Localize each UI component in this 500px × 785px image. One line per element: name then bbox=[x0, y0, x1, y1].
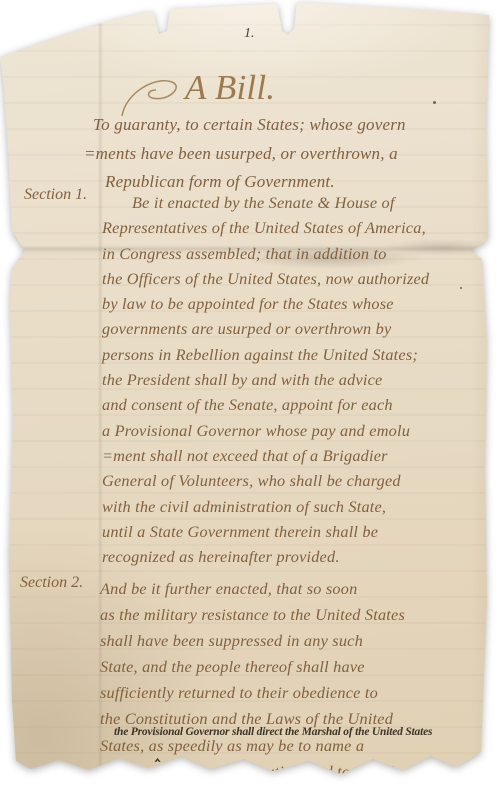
manuscript-line: =ment shall not exceed that of a Brigadi… bbox=[102, 443, 429, 468]
manuscript-line: by law to be appointed for the States wh… bbox=[102, 291, 429, 316]
section-2-lines-after: States, as speedily as may be to name as… bbox=[100, 733, 432, 782]
section-1-label: Section 1. bbox=[24, 186, 87, 204]
manuscript-line: and consent of the Senate, appoint for e… bbox=[102, 392, 429, 417]
manuscript-line: until a State Government therein shall b… bbox=[102, 519, 429, 544]
page-number: 1. bbox=[244, 26, 255, 42]
manuscript-line: Be it enacted by the Senate & House of bbox=[102, 190, 429, 215]
preamble-line: =ments have been usurped, or overthrown,… bbox=[84, 140, 406, 169]
manuscript-line: General of Volunteers, who shall be char… bbox=[102, 468, 429, 493]
section-1-body: Be it enacted by the Senate & House ofRe… bbox=[102, 190, 429, 569]
section-2-body: And be it further enacted, that so soona… bbox=[100, 576, 432, 782]
insertion-caret: ‸ bbox=[155, 744, 160, 763]
manuscript-line: Representatives of the United States of … bbox=[102, 215, 429, 240]
manuscript-line: And be it further enacted, that so soon bbox=[100, 576, 432, 602]
interline-insertion: the Provisional Governor shall direct th… bbox=[114, 726, 432, 739]
ink-speck bbox=[460, 287, 462, 289]
manuscript-line: sufficient number of Deputies; and to en… bbox=[100, 759, 432, 782]
section-2-lines-before: And be it further enacted, that so soona… bbox=[100, 576, 432, 732]
manuscript-line: as the military resistance to the United… bbox=[100, 602, 432, 628]
bill-title: A Bill. bbox=[185, 68, 275, 108]
ink-speck bbox=[433, 101, 436, 104]
manuscript-line: a Provisional Governor whose pay and emo… bbox=[102, 418, 429, 443]
manuscript-line: persons in Rebellion against the United … bbox=[102, 342, 429, 367]
manuscript-line: the President shall by and with the advi… bbox=[102, 367, 429, 392]
manuscript-line: sufficiently returned to their obedience… bbox=[100, 680, 432, 706]
manuscript-page-wrapper: 1. A Bill. To guaranty, to certain State… bbox=[0, 0, 500, 782]
manuscript-line: State, and the people thereof shall have bbox=[100, 654, 432, 680]
manuscript-line: with the civil administration of such St… bbox=[102, 494, 429, 519]
manuscript-page: 1. A Bill. To guaranty, to certain State… bbox=[0, 0, 500, 782]
preamble: To guaranty, to certain States; whose go… bbox=[84, 111, 406, 197]
preamble-line: To guaranty, to certain States; whose go… bbox=[84, 111, 406, 140]
manuscript-line: the Officers of the United States, now a… bbox=[102, 266, 429, 291]
section-2-label: Section 2. bbox=[20, 574, 83, 592]
manuscript-line: recognized as hereinafter provided. bbox=[102, 544, 429, 569]
manuscript-line: governments are usurped or overthrown by bbox=[102, 316, 429, 341]
manuscript-line: in Congress assembled; that in addition … bbox=[102, 241, 429, 266]
manuscript-line: shall have been suppressed in any such bbox=[100, 628, 432, 654]
